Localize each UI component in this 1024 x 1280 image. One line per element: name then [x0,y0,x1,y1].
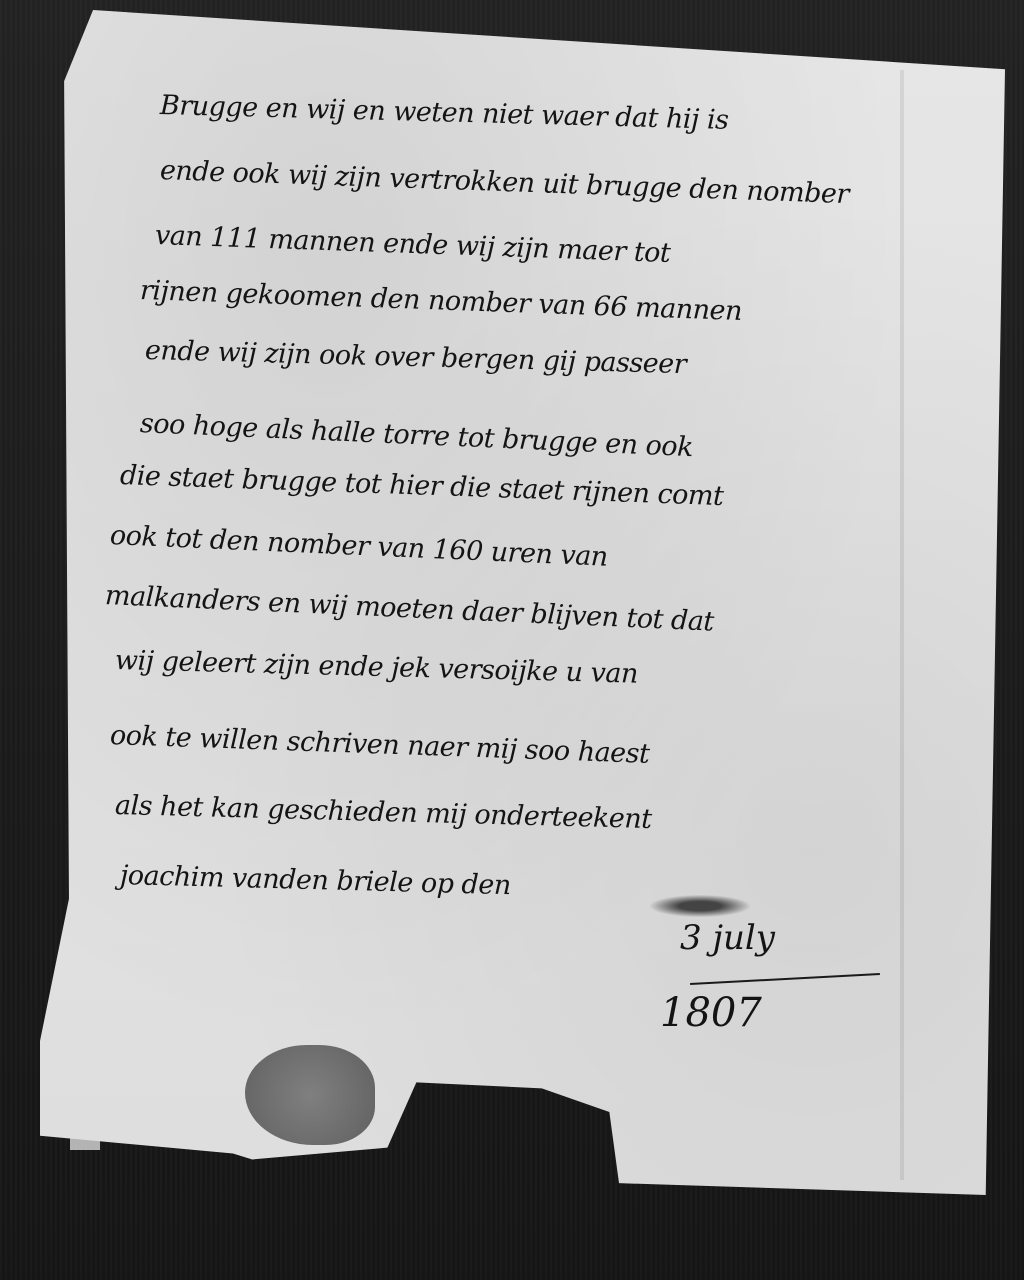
date-year: 1807 [660,990,762,1036]
paper-fold-line [900,70,904,1180]
date-day: 3 july [680,918,775,958]
ink-smudge [650,895,750,917]
paper-damage-stain [245,1045,375,1145]
